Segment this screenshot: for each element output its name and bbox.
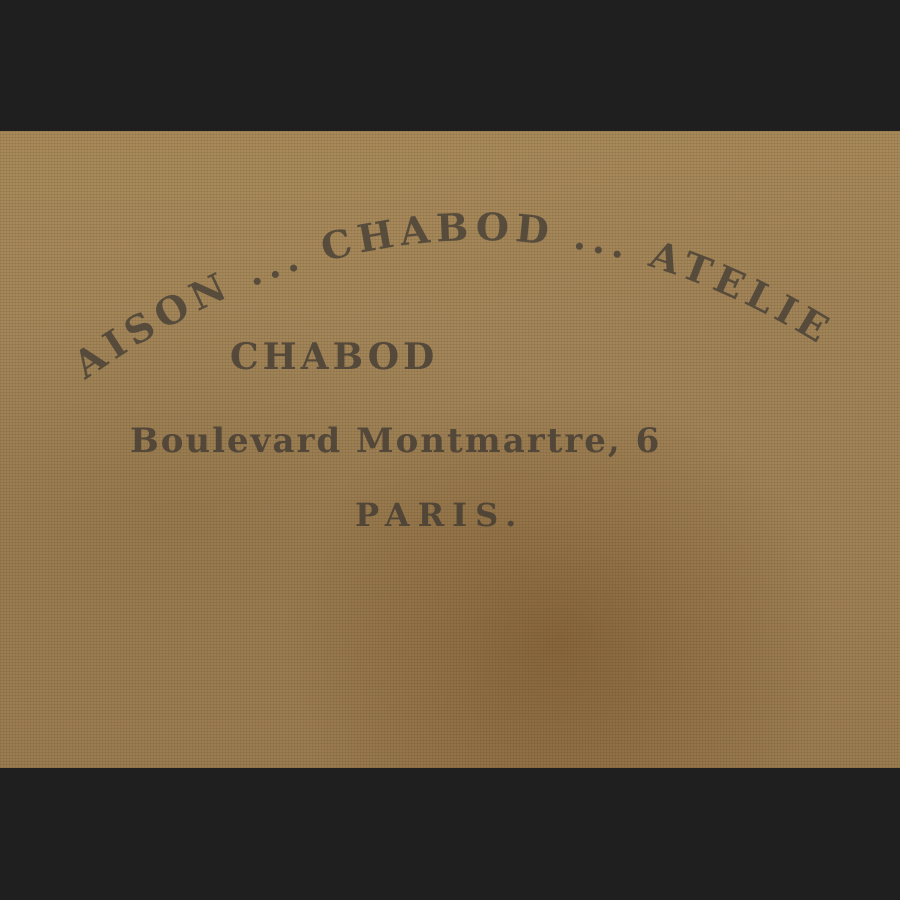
stamp-city: PARIS. [355, 496, 524, 534]
stamp-name: CHABOD [230, 336, 438, 378]
canvas-back: MAISON ... CHABOD ... ATELIER CHABOD Bou… [0, 131, 900, 768]
stamp-address: Boulevard Montmartre, 6 [130, 421, 661, 461]
